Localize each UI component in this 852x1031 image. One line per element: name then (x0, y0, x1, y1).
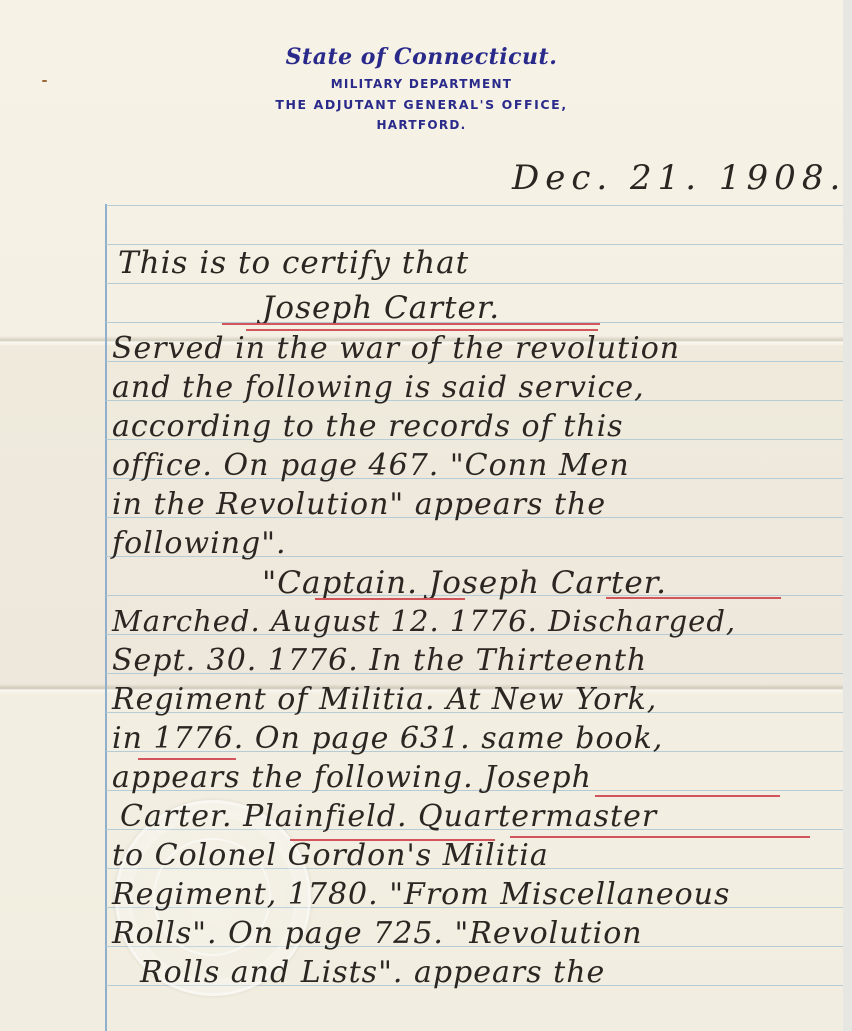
letterhead-city: HARTFORD. (0, 118, 843, 132)
ruled-line (106, 283, 843, 284)
body-line: to Colonel Gordon's Militia (112, 838, 549, 873)
letterhead-department: MILITARY DEPARTMENT (0, 77, 843, 91)
body-line: and the following is said service, (112, 370, 645, 405)
letter-date: Dec. 21. 1908. (512, 158, 843, 198)
body-line: appears the following. Joseph (112, 760, 592, 795)
body-line: office. On page 467. "Conn Men (112, 448, 630, 483)
body-line: Served in the war of the revolution (112, 331, 680, 366)
letterhead-office: THE ADJUTANT GENERAL'S OFFICE, (0, 97, 843, 112)
body-line-entry: "Captain. Joseph Carter. (262, 565, 667, 601)
letterhead-title: State of Connecticut. (0, 44, 843, 70)
body-line: Regiment, 1780. "From Miscellaneous (112, 877, 730, 912)
body-line: in 1776. On page 631. same book, (112, 721, 663, 756)
body-line: Regiment of Militia. At New York, (112, 682, 657, 717)
body-line: This is to certify that (118, 245, 469, 281)
red-underline (595, 795, 780, 797)
letter-page: State of Connecticut. MILITARY DEPARTMEN… (0, 0, 843, 1031)
body-line-name: Joseph Carter. (262, 290, 500, 326)
red-underline (222, 323, 600, 325)
body-line: Rolls and Lists". appears the (140, 955, 605, 990)
red-underline (606, 597, 781, 599)
body-line: according to the records of this (112, 409, 624, 444)
body-line: Rolls". On page 725. "Revolution (112, 916, 643, 951)
body-line: following". (112, 526, 287, 561)
body-line: Sept. 30. 1776. In the Thirteenth (112, 643, 647, 678)
body-line: Marched. August 12. 1776. Discharged, (112, 604, 736, 638)
ruled-line (106, 205, 843, 206)
red-underline (510, 836, 810, 838)
body-line: in the Revolution" appears the (112, 487, 606, 522)
body-line: Carter. Plainfield. Quartermaster (120, 799, 657, 834)
red-underline (315, 598, 465, 600)
